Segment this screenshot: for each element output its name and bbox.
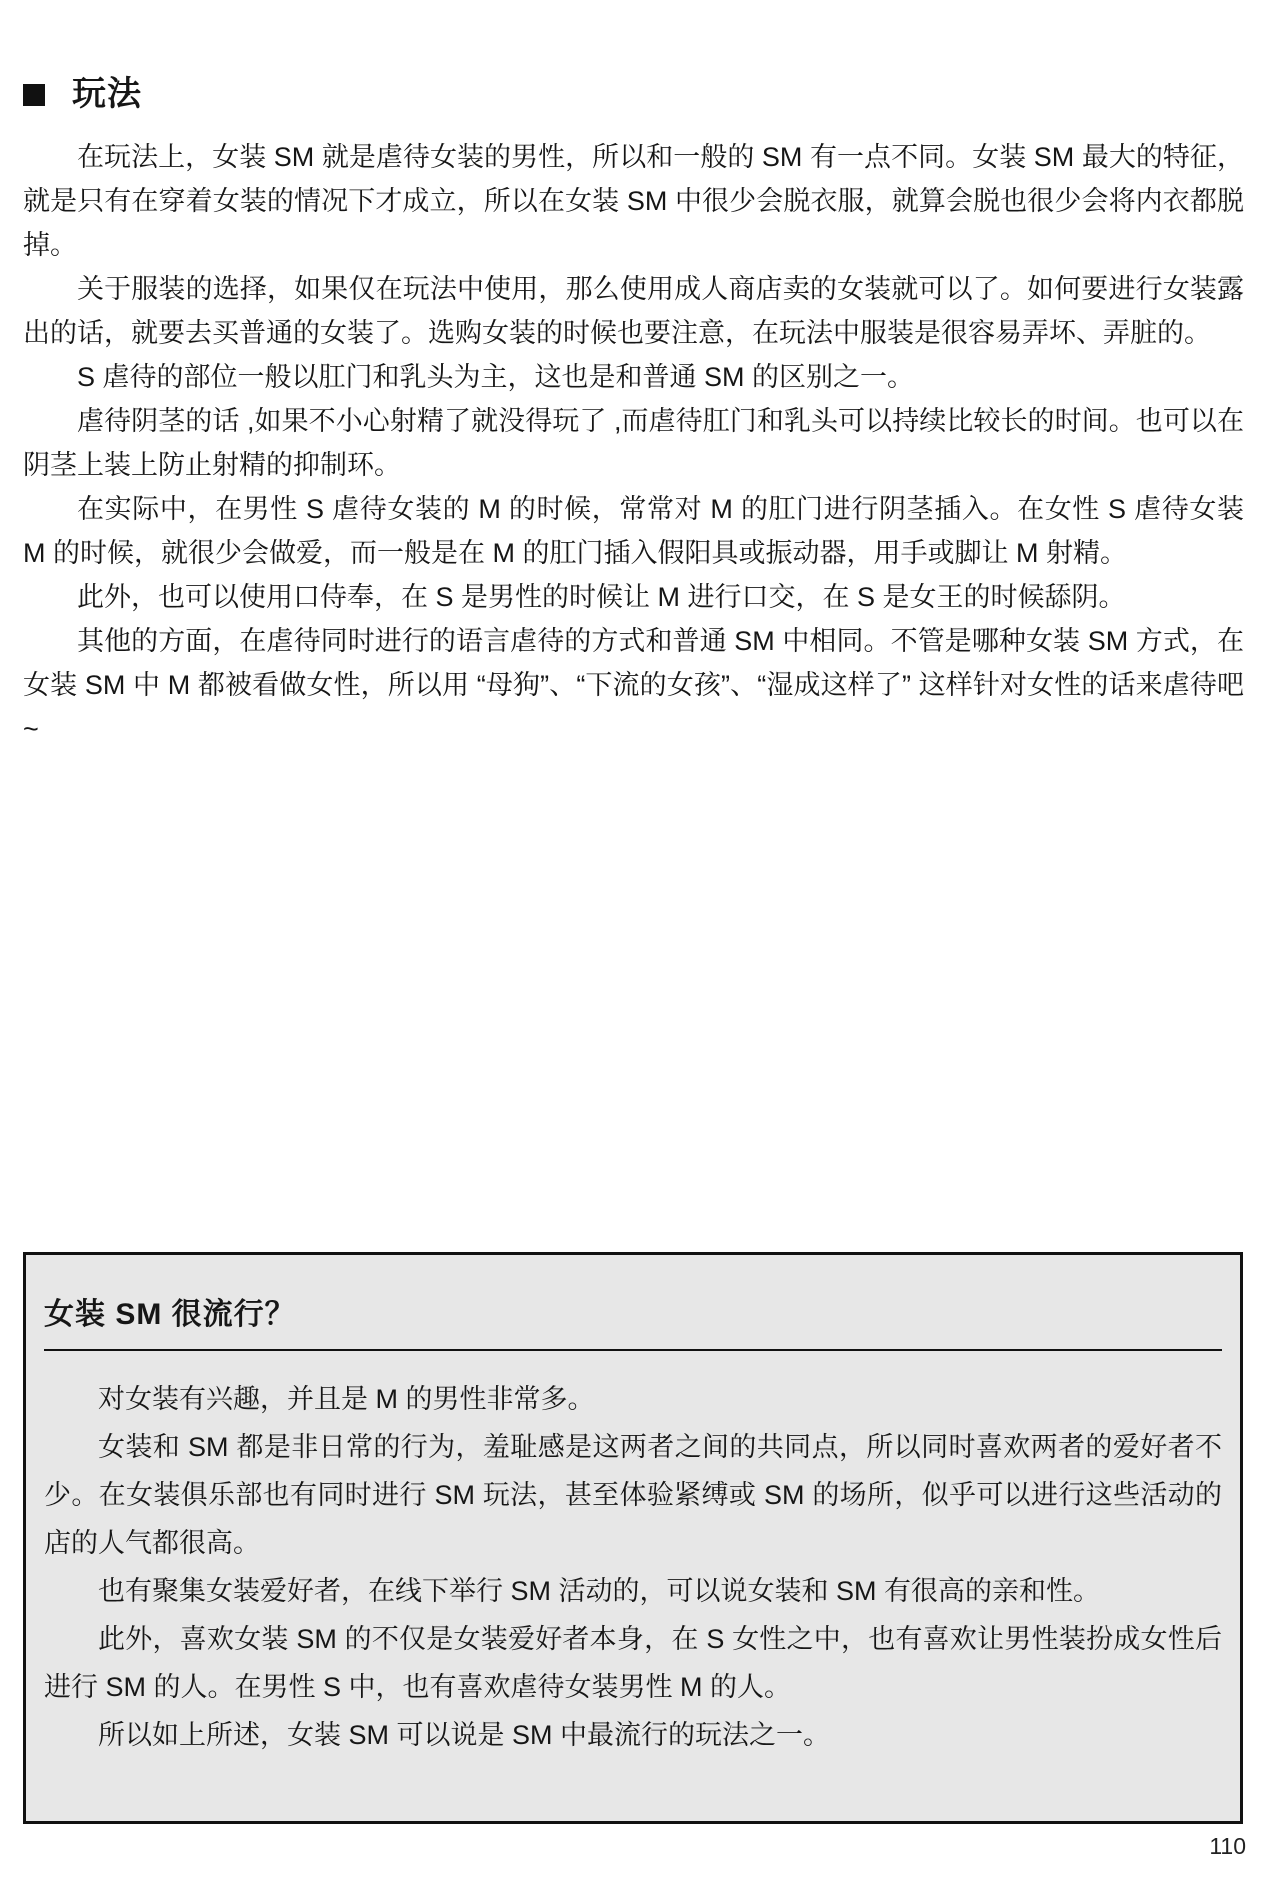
info-box-paragraph: 此外，喜欢女装 SM 的不仅是女装爱好者本身，在 S 女性之中，也有喜欢让男性装… <box>44 1615 1222 1711</box>
info-box-paragraph: 也有聚集女装爱好者，在线下举行 SM 活动的，可以说女装和 SM 有很高的亲和性… <box>44 1567 1222 1615</box>
info-box-paragraph: 女装和 SM 都是非日常的行为，羞耻感是这两者之间的共同点，所以同时喜欢两者的爱… <box>44 1423 1222 1567</box>
info-box-paragraph: 所以如上所述，女装 SM 可以说是 SM 中最流行的玩法之一。 <box>44 1711 1222 1759</box>
square-bullet-icon <box>23 84 45 106</box>
paragraph: 其他的方面，在虐待同时进行的语言虐待的方式和普通 SM 中相同。不管是哪种女装 … <box>23 619 1244 751</box>
paragraph: S 虐待的部位一般以肛门和乳头为主，这也是和普通 SM 的区别之一。 <box>23 355 1244 399</box>
paragraph: 关于服装的选择，如果仅在玩法中使用，那么使用成人商店卖的女装就可以了。如何要进行… <box>23 267 1244 355</box>
info-box: 女装 SM 很流行？ 对女装有兴趣，并且是 M 的男性非常多。 女装和 SM 都… <box>23 1252 1243 1824</box>
info-box-title: 女装 SM 很流行？ <box>44 1255 1222 1349</box>
paragraph: 在玩法上，女装 SM 就是虐待女装的男性，所以和一般的 SM 有一点不同。女装 … <box>23 135 1244 267</box>
section-heading: 玩法 <box>23 0 1244 135</box>
info-box-divider <box>44 1349 1222 1351</box>
paragraph: 在实际中，在男性 S 虐待女装的 M 的时候，常常对 M 的肛门进行阴茎插入。在… <box>23 487 1244 575</box>
section-title: 玩法 <box>72 76 142 113</box>
paragraph: 此外，也可以使用口侍奉，在 S 是男性的时候让 M 进行口交，在 S 是女王的时… <box>23 575 1244 619</box>
page-number: 110 <box>1209 1833 1246 1860</box>
main-section: 玩法 在玩法上，女装 SM 就是虐待女装的男性，所以和一般的 SM 有一点不同。… <box>0 0 1280 751</box>
document-page: 玩法 在玩法上，女装 SM 就是虐待女装的男性，所以和一般的 SM 有一点不同。… <box>0 0 1280 1889</box>
paragraph: 虐待阴茎的话 ,如果不小心射精了就没得玩了 ,而虐待肛门和乳头可以持续比较长的时… <box>23 399 1244 487</box>
info-box-paragraph: 对女装有兴趣，并且是 M 的男性非常多。 <box>44 1375 1222 1423</box>
